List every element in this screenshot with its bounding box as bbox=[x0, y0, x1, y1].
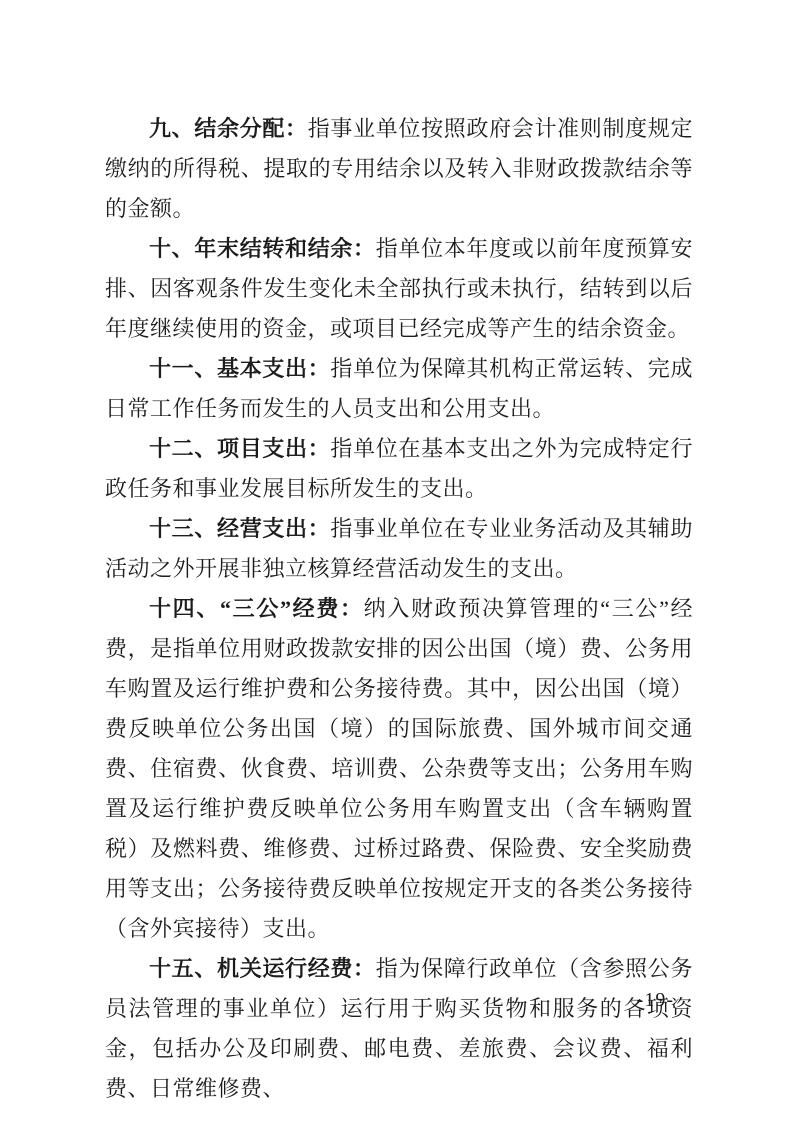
definition-paragraph-nianmo-jiezhuan: 十、年末结转和结余：指单位本年度或以前年度预算安排、因客观条件发生变化未全部执行… bbox=[105, 229, 693, 349]
definition-paragraph-xiangmu-zhichu: 十二、项目支出：指单位在基本支出之外为完成特定行政任务和事业发展目标所发生的支出… bbox=[105, 429, 693, 509]
term-label: 十三、经营支出： bbox=[149, 516, 330, 541]
term-label: 十二、项目支出： bbox=[149, 436, 330, 461]
definition-paragraph-jieyu-fenpei: 九、结余分配：指事业单位按照政府会计准则制度规定缴纳的所得税、提取的专用结余以及… bbox=[105, 109, 693, 229]
document-page: 九、结余分配：指事业单位按照政府会计准则制度规定缴纳的所得税、提取的专用结余以及… bbox=[0, 0, 793, 1122]
term-label: 十、年末结转和结余： bbox=[149, 236, 376, 261]
definition-paragraph-jiguan-yunxing: 十五、机关运行经费：指为保障行政单位（含参照公务员法管理的事业单位）运行用于购买… bbox=[105, 949, 693, 1109]
document-body: 九、结余分配：指事业单位按照政府会计准则制度规定缴纳的所得税、提取的专用结余以及… bbox=[105, 109, 693, 1109]
term-label: 九、结余分配： bbox=[149, 116, 308, 141]
term-label: 十一、基本支出： bbox=[149, 356, 330, 381]
definition-text: 纳入财政预决算管理的“三公”经费，是指单位用财政拨款安排的因公出国（境）费、公务… bbox=[105, 596, 693, 941]
term-label: 十五、机关运行经费： bbox=[149, 956, 376, 981]
page-number: -19- bbox=[637, 988, 674, 1012]
definition-paragraph-jiben-zhichu: 十一、基本支出：指单位为保障其机构正常运转、完成日常工作任务而发生的人员支出和公… bbox=[105, 349, 693, 429]
definition-paragraph-jingying-zhichu: 十三、经营支出：指事业单位在专业业务活动及其辅助活动之外开展非独立核算经营活动发… bbox=[105, 509, 693, 589]
definition-paragraph-sangong-jingfei: 十四、“三公”经费：纳入财政预决算管理的“三公”经费，是指单位用财政拨款安排的因… bbox=[105, 589, 693, 949]
term-label: 十四、“三公”经费： bbox=[149, 596, 364, 621]
